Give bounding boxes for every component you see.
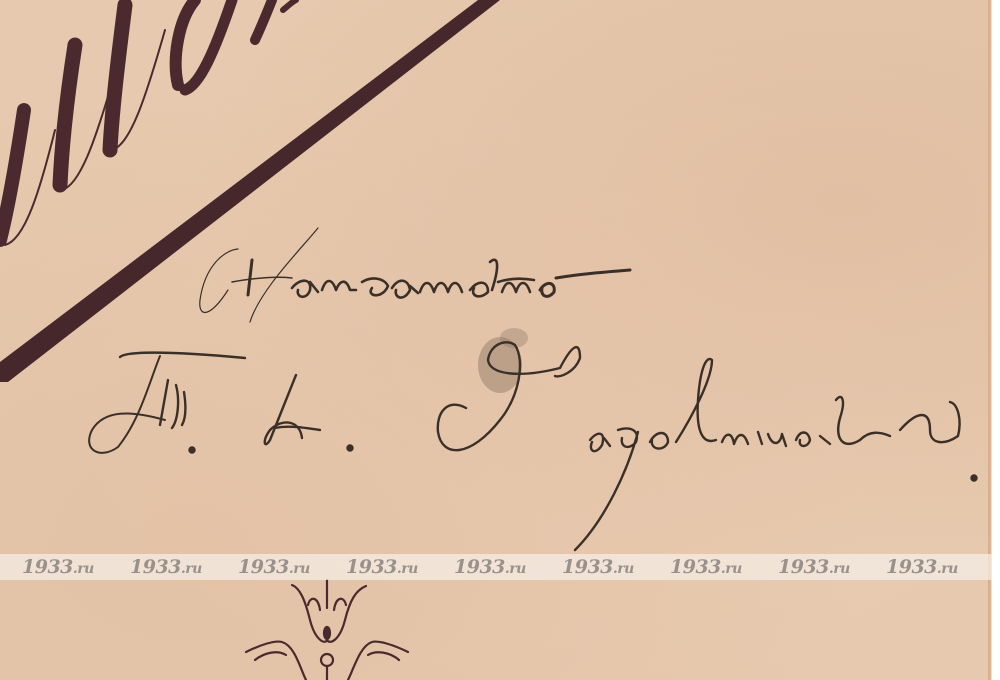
watermark-item: 1933.ru (346, 556, 434, 578)
watermark-item: 1933.ru (238, 556, 326, 578)
watermark-item: 1933.ru (22, 556, 110, 578)
watermark-item: 1933.ru (130, 556, 218, 578)
handwriting-line-1 (200, 228, 630, 322)
watermark-item: 1933.ru (454, 556, 542, 578)
watermark-band: 1933.ru 1933.ru 1933.ru 1933.ru 1933.ru … (0, 554, 992, 580)
watermark-item: 1933.ru (886, 556, 974, 578)
ornament-vignette (246, 580, 408, 680)
printed-lettering (0, 0, 296, 245)
cabinet-card-reverse: 1933.ru 1933.ru 1933.ru 1933.ru 1933.ru … (0, 0, 1000, 680)
watermark-item: 1933.ru (670, 556, 758, 578)
watermark-item: 1933.ru (778, 556, 866, 578)
handwriting-line-2 (89, 342, 976, 550)
watermark-item: 1933.ru (562, 556, 650, 578)
